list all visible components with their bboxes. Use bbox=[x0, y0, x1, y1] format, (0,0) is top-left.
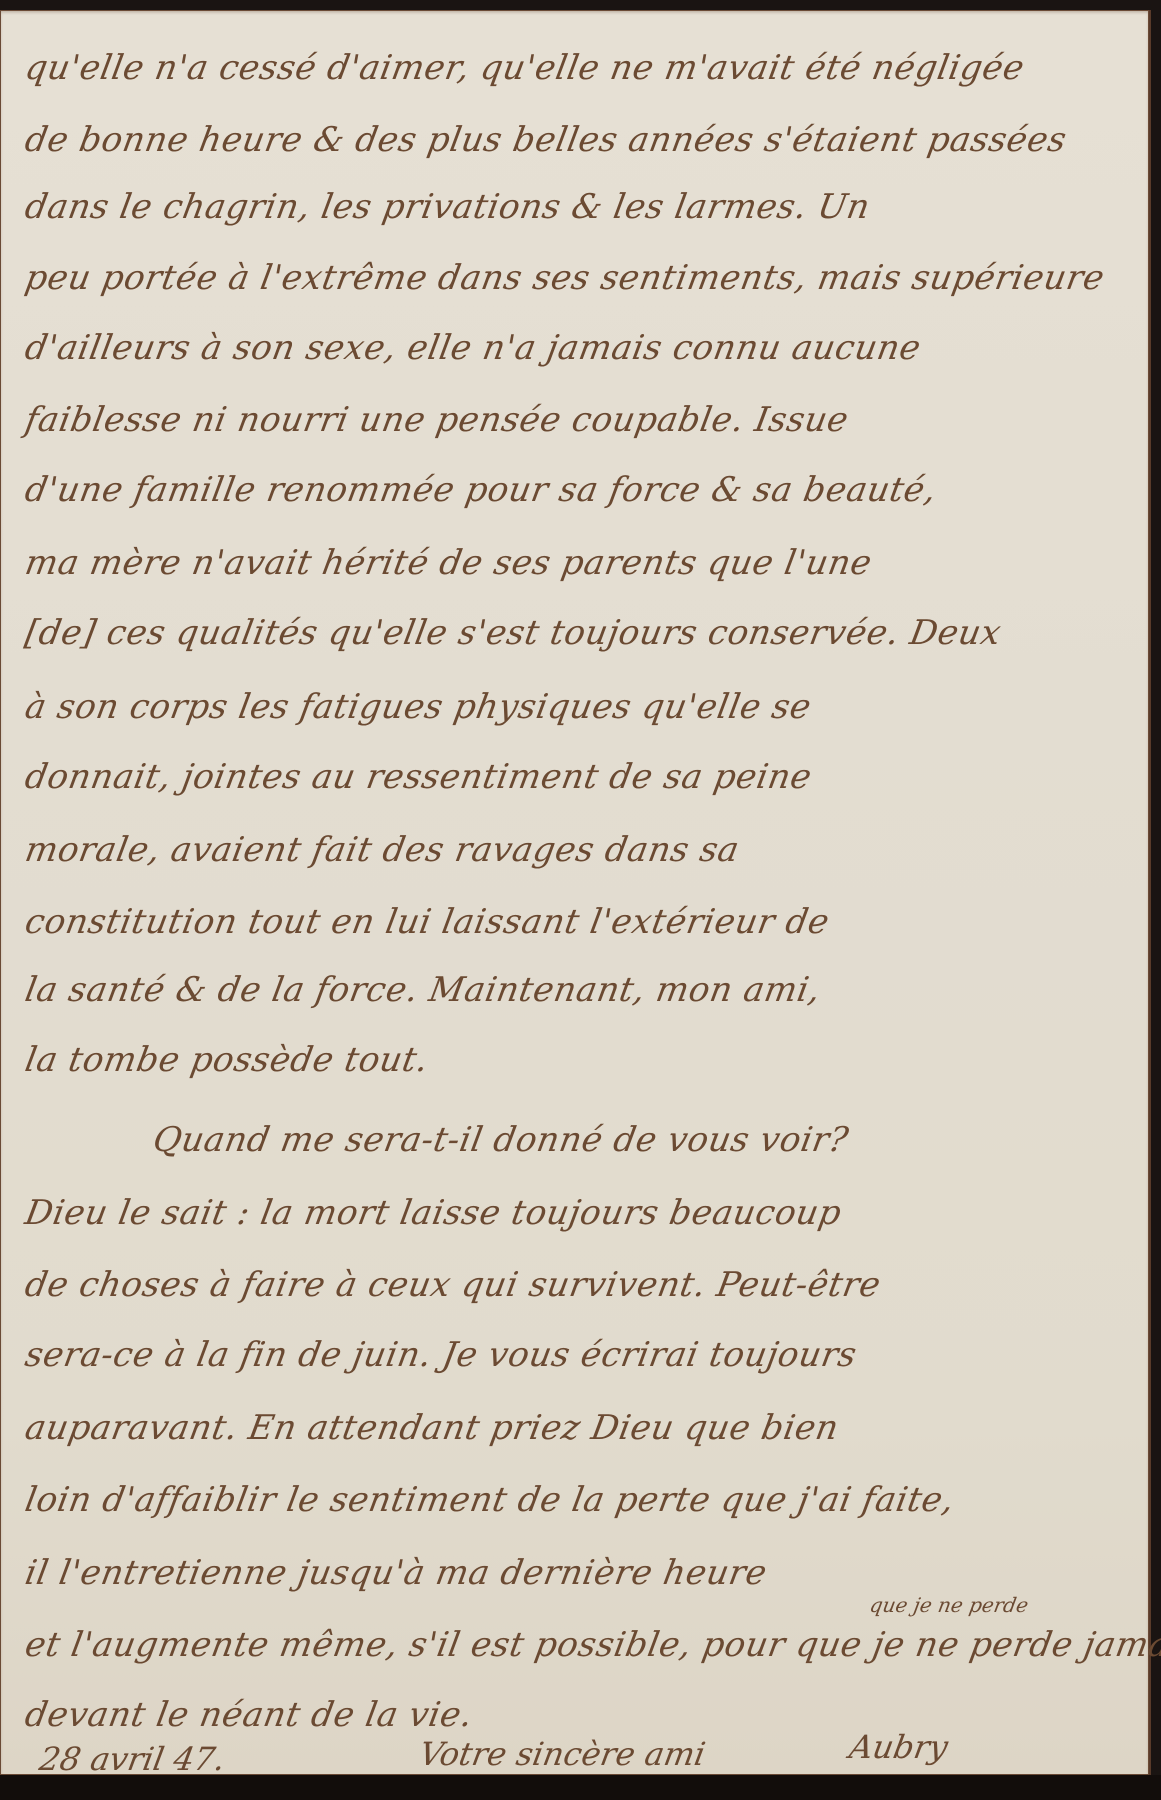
letter-line: qu'elle n'a cessé d'aimer, qu'elle ne m'… bbox=[22, 48, 1027, 88]
inline-insertion: que je ne perde bbox=[868, 1593, 1030, 1617]
letter-line: dans le chagrin, les privations & les la… bbox=[22, 187, 873, 227]
letter-line: ma mère n'avait hérité de ses parents qu… bbox=[22, 543, 875, 583]
letter-date: 28 avril 47. bbox=[37, 1740, 229, 1778]
letter-line: peu portée à l'extrême dans ses sentimen… bbox=[22, 258, 1108, 298]
letter-line: loin d'affaiblir le sentiment de la pert… bbox=[22, 1480, 957, 1520]
letter-line: sera-ce à la fin de juin. Je vous écrira… bbox=[22, 1335, 860, 1375]
letter-line: à son corps les fatigues physiques qu'el… bbox=[22, 687, 814, 727]
letter-line: morale, avaient fait des ravages dans sa bbox=[22, 830, 742, 870]
letter-line: la tombe possède tout. bbox=[22, 1040, 432, 1080]
letter-line: de bonne heure & des plus belles années … bbox=[22, 120, 1070, 160]
letter-line: Quand me sera-t-il donné de vous voir? bbox=[150, 1120, 852, 1160]
letter-body: qu'elle n'a cessé d'aimer, qu'elle ne m'… bbox=[0, 10, 1149, 1775]
letter-page: qu'elle n'a cessé d'aimer, qu'elle ne m'… bbox=[0, 10, 1151, 1777]
letter-line: de choses à faire à ceux qui survivent. … bbox=[22, 1265, 884, 1305]
letter-line: il l'entretienne jusqu'à ma dernière heu… bbox=[22, 1553, 770, 1593]
letter-line: d'ailleurs à son sexe, elle n'a jamais c… bbox=[22, 328, 924, 368]
letter-line: donnait, jointes au ressentiment de sa p… bbox=[22, 757, 815, 797]
letter-closing: Votre sincère ami bbox=[417, 1735, 709, 1773]
letter-line: d'une famille renommée pour sa force & s… bbox=[22, 470, 940, 510]
letter-signature: Aubry bbox=[847, 1728, 951, 1766]
frame-bottom-edge bbox=[0, 1775, 1161, 1800]
letter-line: auparavant. En attendant priez Dieu que … bbox=[22, 1408, 842, 1448]
letter-line: faiblesse ni nourri une pensée coupable.… bbox=[22, 400, 852, 440]
letter-line: devant le néant de la vie. bbox=[22, 1695, 476, 1735]
letter-line: constitution tout en lui laissant l'exté… bbox=[22, 902, 832, 942]
letter-line: la santé & de la force. Maintenant, mon … bbox=[22, 970, 824, 1010]
letter-line: et l'augmente même, s'il est possible, p… bbox=[22, 1625, 1161, 1665]
letter-line: Dieu le sait : la mort laisse toujours b… bbox=[22, 1193, 845, 1233]
letter-line: [de] ces qualités qu'elle s'est toujours… bbox=[22, 613, 1004, 653]
